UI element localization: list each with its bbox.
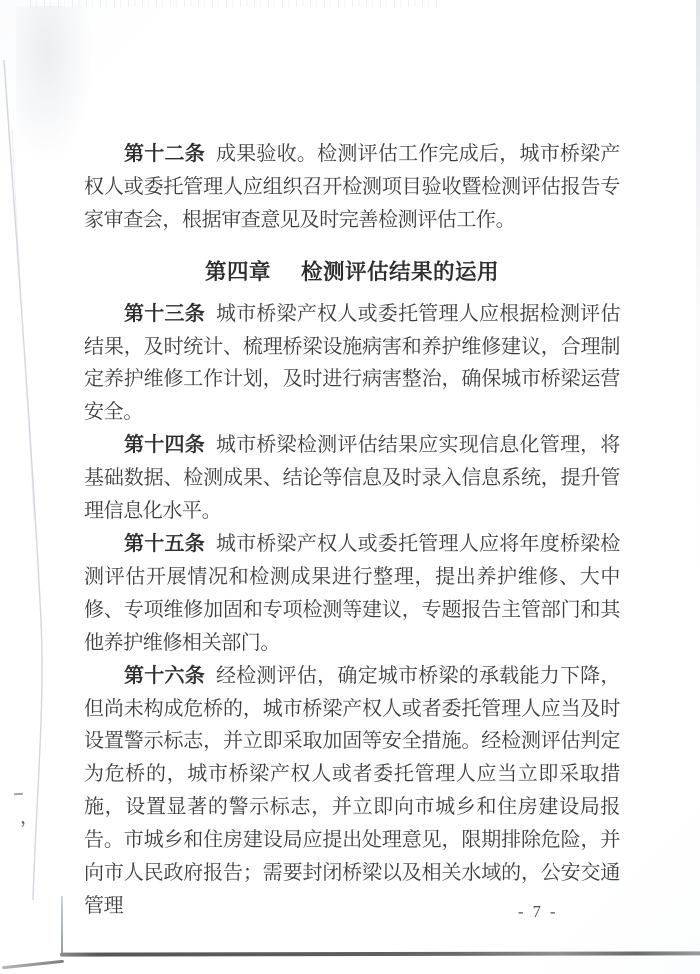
scan-bottom-corner bbox=[2, 960, 64, 969]
chapter-heading: 第四章检测评估结果的运用 bbox=[84, 256, 620, 289]
chapter-title: 检测评估结果的运用 bbox=[301, 260, 499, 284]
article-paragraph-15: 第十五条城市桥梁产权人或委托管理人应将年度桥梁检测评估开展情况和检测成果进行整理… bbox=[84, 528, 620, 660]
scan-bottom-edge bbox=[60, 951, 700, 956]
article-paragraph-13: 第十三条城市桥梁产权人或委托管理人应根据检测评估结果，及时统计、梳理桥梁设施病害… bbox=[84, 298, 620, 430]
margin-stray-dash bbox=[14, 793, 23, 795]
scan-corner-speckle bbox=[16, 6, 94, 166]
article-text: 经检测评估，确定城市桥梁的承载能力下降，但尚未构成危桥的，城市桥梁产权人或者委托… bbox=[84, 665, 620, 917]
article-paragraph-12: 第十二条成果验收。检测评估工作完成后，城市桥梁产权人或委托管理人应组织召开检测项… bbox=[84, 138, 620, 237]
article-number: 第十二条 bbox=[124, 143, 205, 165]
margin-stray-mark: ， bbox=[20, 808, 39, 827]
article-paragraph-16: 第十六条经检测评估，确定城市桥梁的承载能力下降，但尚未构成危桥的，城市桥梁产权人… bbox=[84, 660, 620, 923]
scanned-document-page: ， 第十二条成果验收。检测评估工作完成后，城市桥梁产权人或委托管理人应组织召开检… bbox=[0, 0, 700, 974]
article-number: 第十五条 bbox=[124, 533, 205, 555]
scan-right-edge bbox=[696, 0, 700, 974]
article-paragraph-14: 第十四条城市桥梁检测评估结果应实现信息化管理，将基础数据、检测成果、结论等信息及… bbox=[84, 429, 620, 528]
article-number: 第十六条 bbox=[124, 665, 205, 687]
document-body: 第十二条成果验收。检测评估工作完成后，城市桥梁产权人或委托管理人应组织召开检测项… bbox=[84, 138, 620, 923]
underlying-page-edge bbox=[61, 896, 63, 955]
page-number: - 7 - bbox=[518, 902, 558, 922]
article-number: 第十三条 bbox=[124, 303, 205, 325]
chapter-number: 第四章 bbox=[205, 260, 271, 284]
article-number: 第十四条 bbox=[124, 434, 205, 456]
